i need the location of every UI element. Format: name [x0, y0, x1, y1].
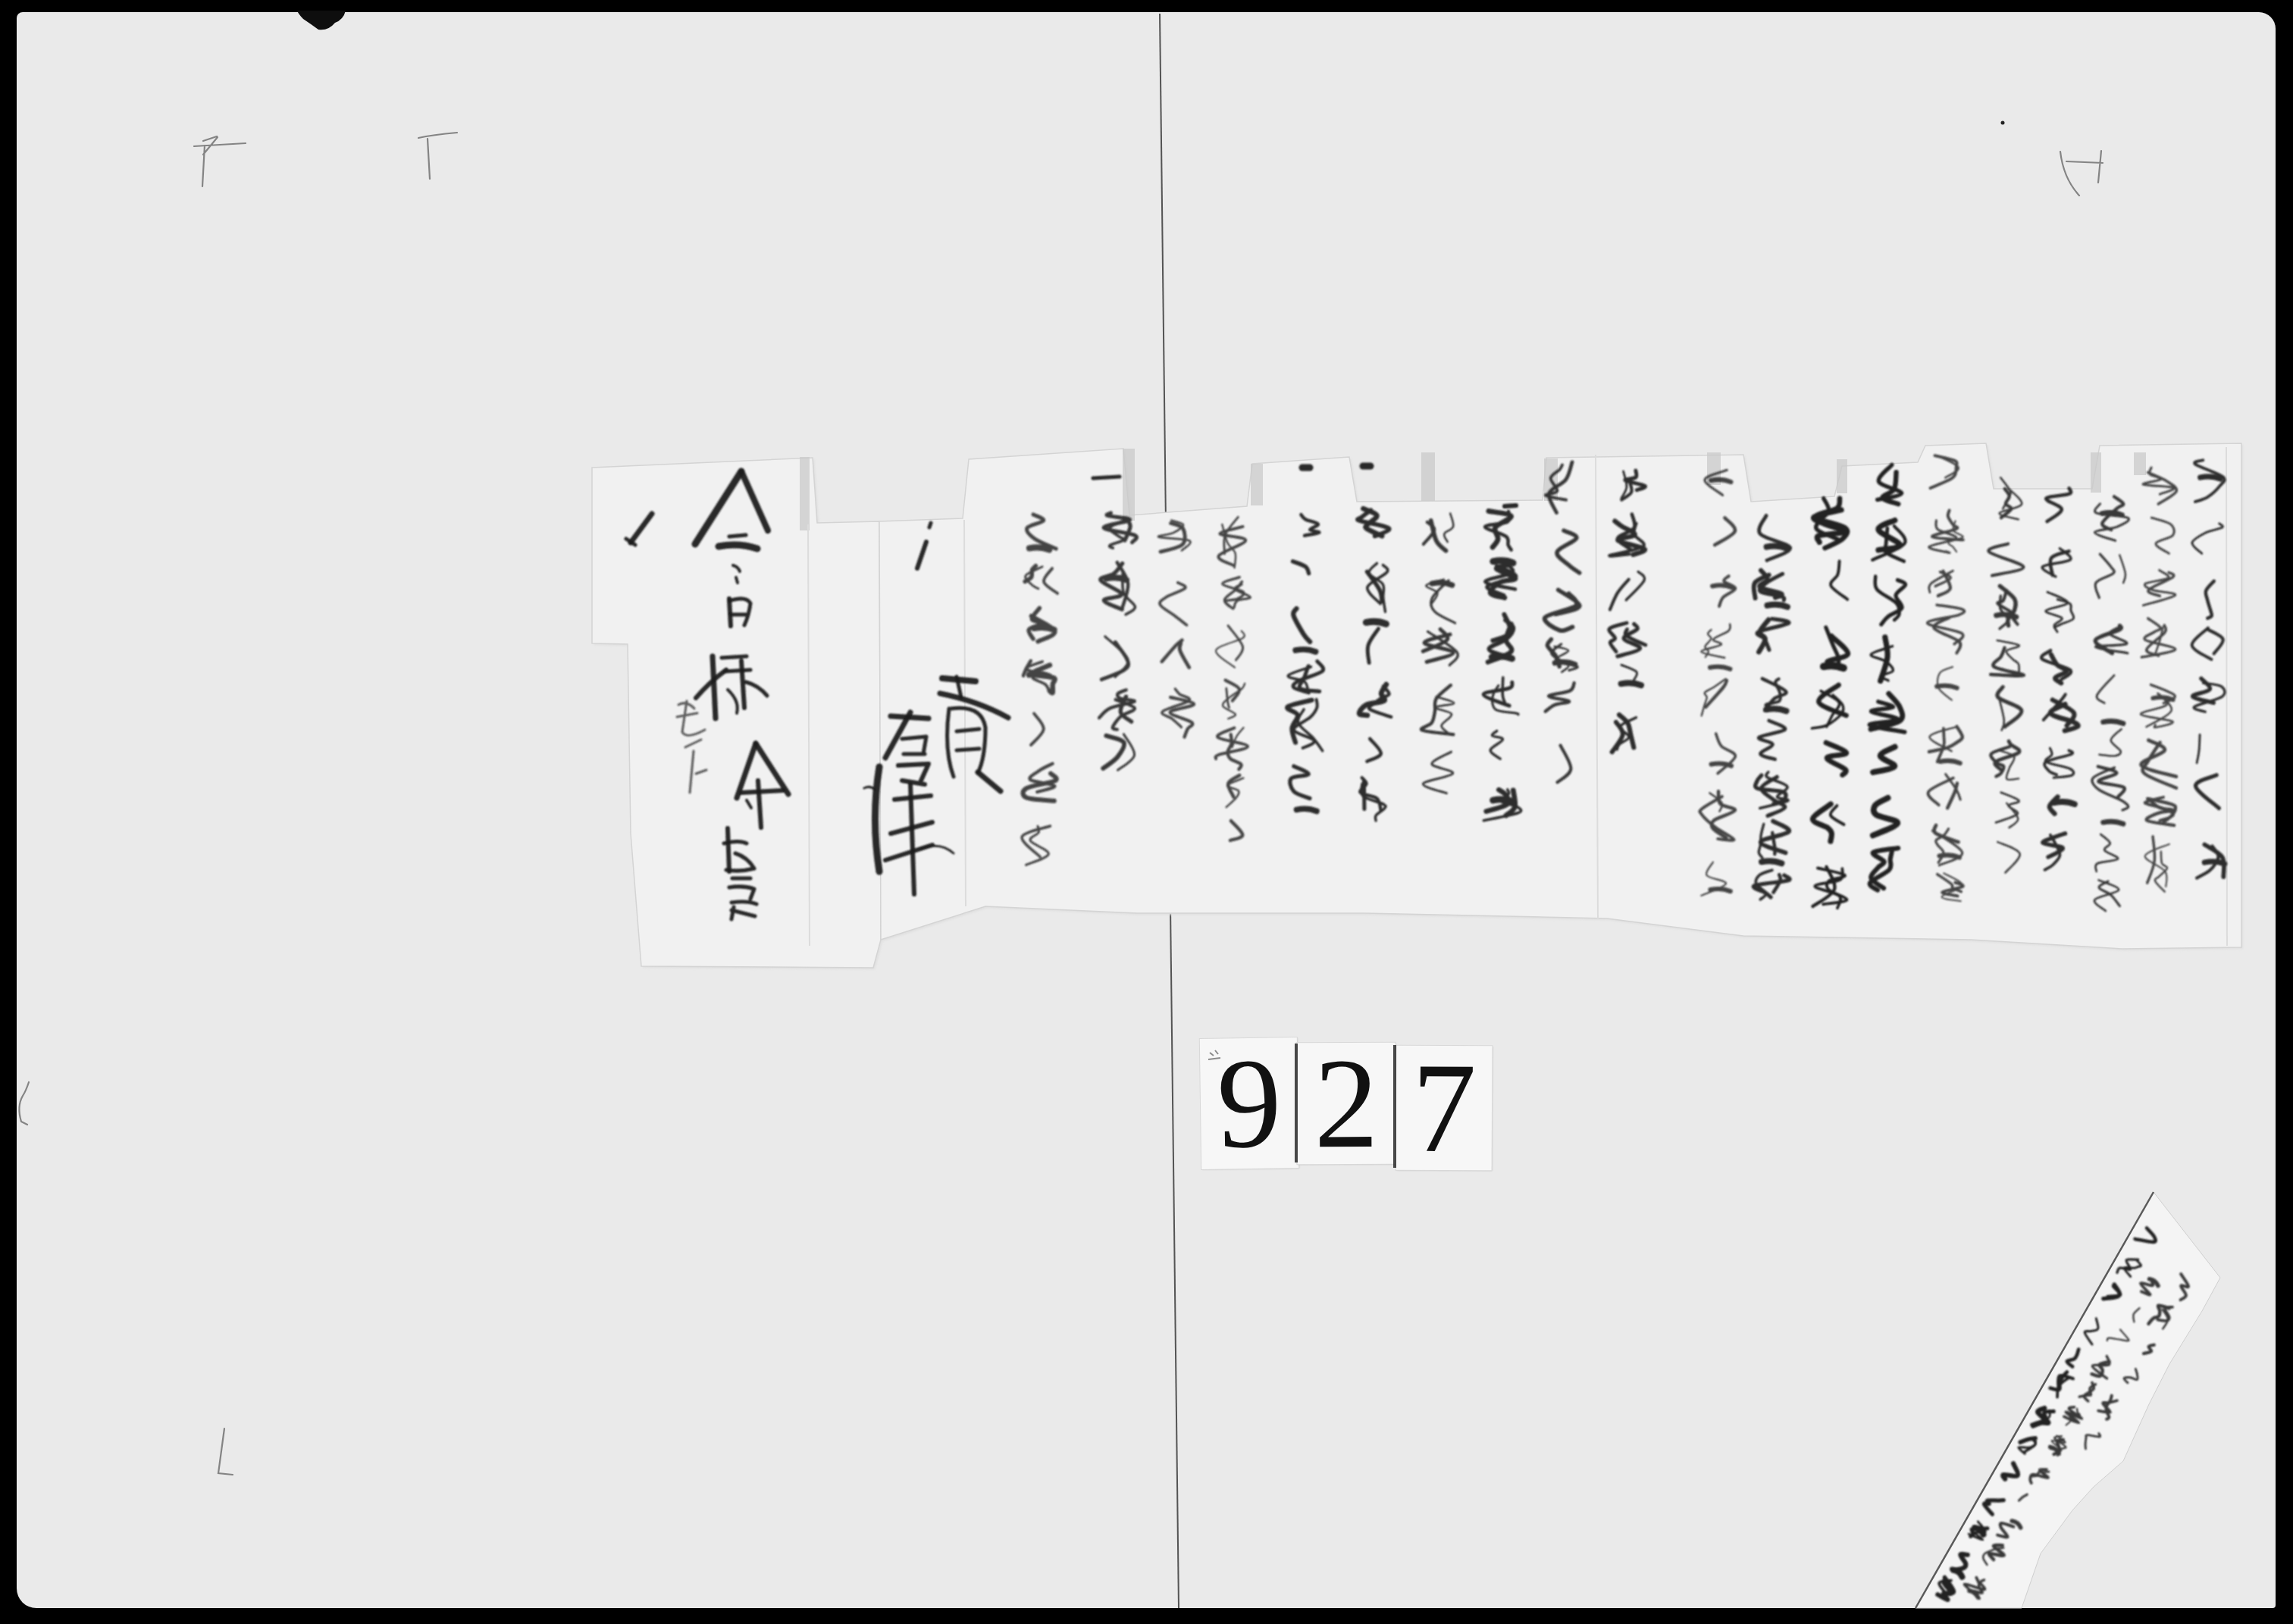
pencil-mark-top-center	[418, 133, 457, 179]
letter-body	[879, 443, 2241, 949]
ink-stroke-heavy	[2103, 721, 2123, 724]
ink-stroke-heavy	[2204, 862, 2224, 864]
pencil-mark-top-left	[194, 136, 246, 186]
ink-stroke-heavy	[1940, 855, 1959, 857]
address-stroke	[741, 661, 744, 708]
hinge-tab	[2091, 452, 2101, 493]
ink-stroke-heavy	[1492, 656, 1511, 659]
ink-stroke-heavy	[1710, 667, 1730, 669]
manuscript-paper	[592, 443, 2243, 969]
ink-stroke-heavy	[1366, 621, 1386, 624]
ink-stroke-heavy	[1295, 649, 1315, 652]
pencil-mark-left-edge	[19, 1082, 29, 1125]
address-stroke	[741, 790, 783, 793]
ink-stroke-heavy	[1493, 561, 1513, 563]
ink-stroke-heavy	[1824, 665, 1843, 668]
column-start-mark	[1093, 477, 1120, 478]
signature-stroke	[929, 523, 931, 527]
pencil-dot	[2001, 121, 2005, 125]
ink-stroke-heavy	[1107, 577, 1126, 580]
ink-stroke-heavy	[2054, 802, 2074, 804]
address-stroke	[729, 535, 746, 537]
ink-stroke-heavy	[1029, 674, 1049, 676]
pencil-mark-bottom-left	[218, 1428, 233, 1475]
address-stroke	[736, 577, 738, 583]
ink-stroke-heavy	[1297, 809, 1317, 811]
hinge-tab	[1251, 464, 1263, 505]
ink-stroke-heavy	[1034, 627, 1054, 630]
ink-stroke-heavy	[1555, 662, 1574, 665]
ink-stroke-heavy	[1493, 799, 1513, 802]
ink-stroke-heavy	[1712, 763, 1731, 765]
ink-stroke-heavy	[1711, 480, 1731, 482]
attached-slip	[1916, 1192, 2220, 1624]
ink-stroke-heavy	[1712, 585, 1732, 587]
paper-crease	[2226, 447, 2227, 946]
column-start-mark	[1505, 505, 1516, 506]
ink-stroke-heavy	[1767, 546, 1787, 548]
hinge-tab	[1421, 452, 1435, 501]
pencil-mark-top-right	[2060, 151, 2103, 196]
top-edge-tear	[297, 11, 346, 30]
slip-paper	[1916, 1192, 2220, 1608]
address-stroke	[713, 656, 716, 718]
ink-stroke-heavy	[1762, 861, 1781, 863]
ink-stroke-heavy	[2201, 477, 2220, 479]
ink-stroke-heavy	[1710, 889, 1730, 891]
ink-stroke-heavy	[1029, 547, 1049, 549]
ink-stroke-heavy	[1768, 605, 1787, 607]
address-stroke	[758, 781, 761, 828]
ink-stroke-heavy	[2103, 821, 2123, 824]
ink-stroke-heavy	[1432, 583, 1452, 585]
hinge-tab	[800, 457, 810, 530]
ink-stroke-heavy	[1937, 686, 1956, 688]
ink-stroke-heavy	[1621, 683, 1641, 685]
ink-stroke-heavy	[1997, 615, 2016, 617]
ink-stroke-heavy	[2153, 697, 2172, 699]
hinge-tab	[2134, 452, 2146, 475]
address-stroke	[728, 828, 729, 871]
scanned-document-layer	[0, 0, 2293, 1624]
address-stroke	[719, 545, 757, 549]
ink-stroke-heavy	[1940, 761, 1959, 763]
hinge-tab	[1123, 449, 1135, 521]
ink-stroke-heavy	[1766, 709, 1786, 711]
ink-stroke-heavy	[2102, 512, 2122, 515]
hinge-tab	[1837, 459, 1847, 493]
